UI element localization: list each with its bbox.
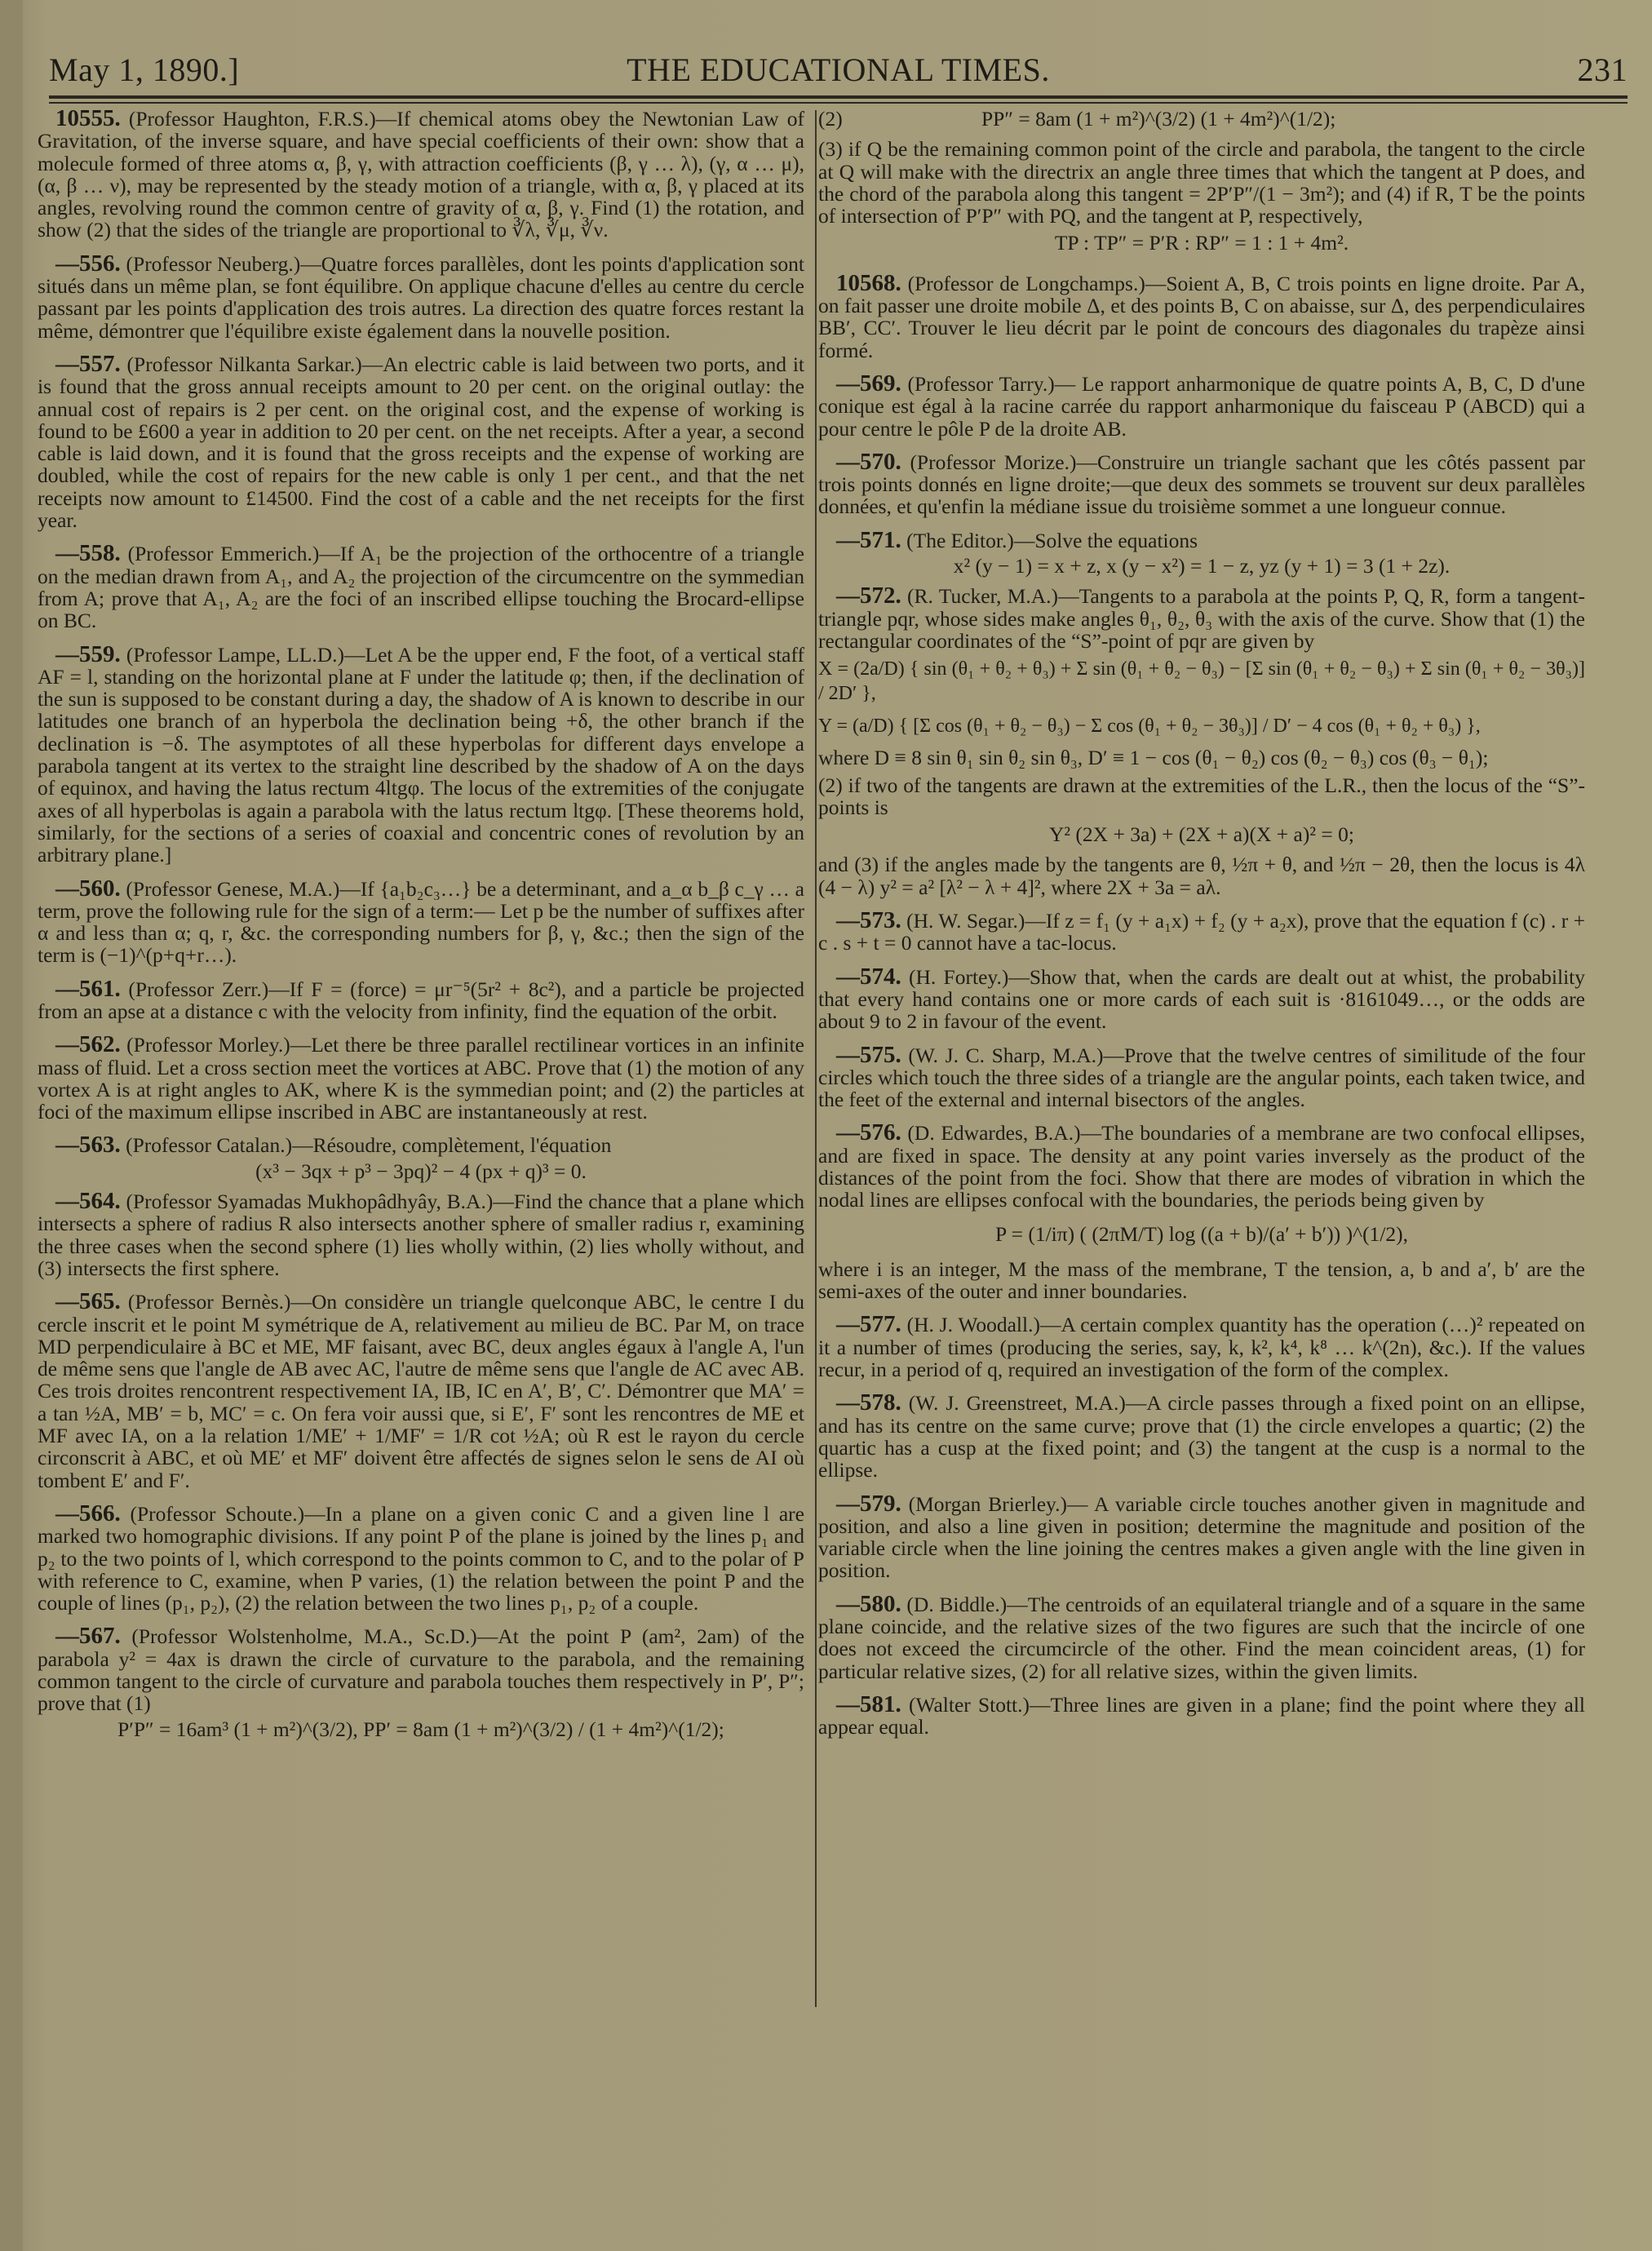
- question-author: (H. W. Segar.): [906, 909, 1025, 933]
- question-author: (Professor Morley.): [126, 1033, 290, 1057]
- question-author: (H. J. Woodall.): [907, 1313, 1040, 1336]
- right-column: (2) PP″ = 8am (1 + m²)^(3/2) (1 + 4m²)^(…: [818, 108, 1585, 1750]
- question-572-part3: and (3) if the angles made by the tangen…: [818, 853, 1585, 898]
- question-566: —566. (Professor Schoute.)—In a plane on…: [38, 1503, 804, 1614]
- question-577: —577. (H. J. Woodall.)—A certain complex…: [818, 1314, 1585, 1380]
- question-author: (Professor Nilkanta Sarkar.): [127, 352, 362, 376]
- question-author: (The Editor.): [906, 529, 1014, 552]
- question-561: —561. (Professor Zerr.)—If F = (force) =…: [38, 978, 804, 1023]
- question-author: (Professor Schoute.): [131, 1502, 305, 1526]
- question-author: (Professor Lampe, LL.D.): [126, 643, 344, 667]
- question-569: —569. (Professor Tarry.)— Le rapport anh…: [818, 373, 1585, 440]
- equation-576: P = (1/iπ) ( (2πM/T) log ((a + b)/(a′ + …: [818, 1223, 1585, 1245]
- question-author: (Professor Catalan.): [126, 1133, 292, 1157]
- question-author: (W. J. Greenstreet, M.A.): [909, 1391, 1126, 1415]
- equation-572-where: where D ≡ 8 sin θ₁ sin θ₂ sin θ₃, D′ ≡ 1…: [818, 747, 1585, 769]
- question-author: (Professor de Longchamps.): [908, 272, 1145, 295]
- question-560: —560. (Professor Genese, M.A.)—If {a₁b₂c…: [38, 878, 804, 967]
- question-author: (Walter Stott.): [909, 1693, 1030, 1717]
- question-580: —580. (D. Biddle.)—The centroids of an e…: [818, 1593, 1585, 1682]
- question-author: (H. Fortey.): [909, 965, 1008, 989]
- question-556: —556. (Professor Neuberg.)—Quatre forces…: [38, 253, 804, 342]
- question-576-after: where i is an integer, M the mass of the…: [818, 1258, 1585, 1303]
- question-562: —562. (Professor Morley.)—Let there be t…: [38, 1034, 804, 1123]
- question-author: (Morgan Brierley.): [909, 1492, 1067, 1516]
- column-divider: [815, 110, 817, 2007]
- question-author: (Professor Tarry.): [908, 372, 1055, 396]
- question-author: (D. Biddle.): [906, 1593, 1007, 1616]
- page-number: 231: [1578, 51, 1628, 89]
- question-579: —579. (Morgan Brierley.)— A variable cir…: [818, 1493, 1585, 1582]
- equation-563: (x³ − 3qx + p³ − 3pq)² − 4 (px + q)³ = 0…: [38, 1160, 804, 1182]
- question-572-part2: (2) if two of the tangents are drawn at …: [818, 774, 1585, 819]
- question-576: —576. (D. Edwardes, B.A.)—The boundaries…: [818, 1122, 1585, 1211]
- book-spine-shadow: [0, 0, 23, 2251]
- question-author: (Professor Bernès.): [128, 1290, 291, 1314]
- question-574: —574. (H. Fortey.)—Show that, when the c…: [818, 966, 1585, 1033]
- question-575: —575. (W. J. C. Sharp, M.A.)—Prove that …: [818, 1044, 1585, 1111]
- question-572: —572. (R. Tucker, M.A.)—Tangents to a pa…: [818, 585, 1585, 652]
- equation-571: x² (y − 1) = x + z, x (y − x²) = 1 − z, …: [818, 555, 1585, 577]
- equation-572-locus: Y² (2X + 3a) + (2X + a)(X + a)² = 0;: [818, 823, 1585, 845]
- journal-title: THE EDUCATIONAL TIMES.: [49, 51, 1628, 89]
- continuation-eq-2: (2) PP″ = 8am (1 + m²)^(3/2) (1 + 4m²)^(…: [818, 108, 1585, 130]
- question-author: (Professor Genese, M.A.): [126, 877, 339, 901]
- equation-572-y: Y = (a/D) { [Σ cos (θ₁ + θ₂ − θ₃) − Σ co…: [818, 714, 1585, 738]
- question-581: —581. (Walter Stott.)—Three lines are gi…: [818, 1694, 1585, 1739]
- question-564: —564. (Professor Syamadas Mukhopâdhyây, …: [38, 1190, 804, 1279]
- question-10555: 10555. (Professor Haughton, F.R.S.)—If c…: [38, 108, 804, 241]
- question-565: —565. (Professor Bernès.)—On considère u…: [38, 1291, 804, 1491]
- question-567: —567. (Professor Wolstenholme, M.A., Sc.…: [38, 1625, 804, 1714]
- continuation-text: (3) if Q be the remaining common point o…: [818, 138, 1585, 227]
- equation-567: P′P″ = 16am³ (1 + m²)^(3/2), PP′ = 8am (…: [38, 1718, 804, 1740]
- question-author: (Professor Emmerich.): [128, 542, 320, 565]
- question-author: (D. Edwardes, B.A.): [907, 1121, 1080, 1145]
- question-570: —570. (Professor Morize.)—Construire un …: [818, 451, 1585, 518]
- question-563: —563. (Professor Catalan.)—Résoudre, com…: [38, 1134, 804, 1156]
- question-557: —557. (Professor Nilkanta Sarkar.)—An el…: [38, 353, 804, 531]
- equation-572-x: X = (2a/D) { sin (θ₁ + θ₂ + θ₃) + Σ sin …: [818, 657, 1585, 706]
- question-559: —559. (Professor Lampe, LL.D.)—Let A be …: [38, 644, 804, 866]
- question-author: (W. J. C. Sharp, M.A.): [908, 1044, 1103, 1067]
- question-author: (Professor Haughton, F.R.S.): [129, 107, 376, 131]
- question-578: —578. (W. J. Greenstreet, M.A.)—A circle…: [818, 1392, 1585, 1481]
- question-author: (Professor Wolstenholme, M.A., Sc.D.): [131, 1624, 476, 1648]
- question-author: (Professor Neuberg.): [126, 252, 301, 276]
- header-rule-thick: [49, 95, 1628, 99]
- header-rule-thin: [49, 102, 1628, 104]
- question-558: —558. (Professor Emmerich.)—If A₁ be the…: [38, 543, 804, 631]
- question-573: —573. (H. W. Segar.)—If z = f₁ (y + a₁x)…: [818, 910, 1585, 955]
- left-column: 10555. (Professor Haughton, F.R.S.)—If c…: [38, 108, 804, 1748]
- question-571: —571. (The Editor.)—Solve the equations: [818, 530, 1585, 552]
- page-header: May 1, 1890.] THE EDUCATIONAL TIMES. 231: [49, 51, 1628, 91]
- question-author: (Professor Zerr.): [128, 977, 268, 1001]
- question-10568: 10568. (Professor de Longchamps.)—Soient…: [818, 273, 1585, 361]
- question-author: (Professor Syamadas Mukhopâdhyây, B.A.): [126, 1190, 493, 1213]
- question-author: (Professor Morize.): [910, 450, 1076, 474]
- continuation-equation: TP : TP″ = P′R : RP″ = 1 : 1 + 4m².: [818, 232, 1585, 254]
- question-author: (R. Tucker, M.A.): [907, 584, 1058, 608]
